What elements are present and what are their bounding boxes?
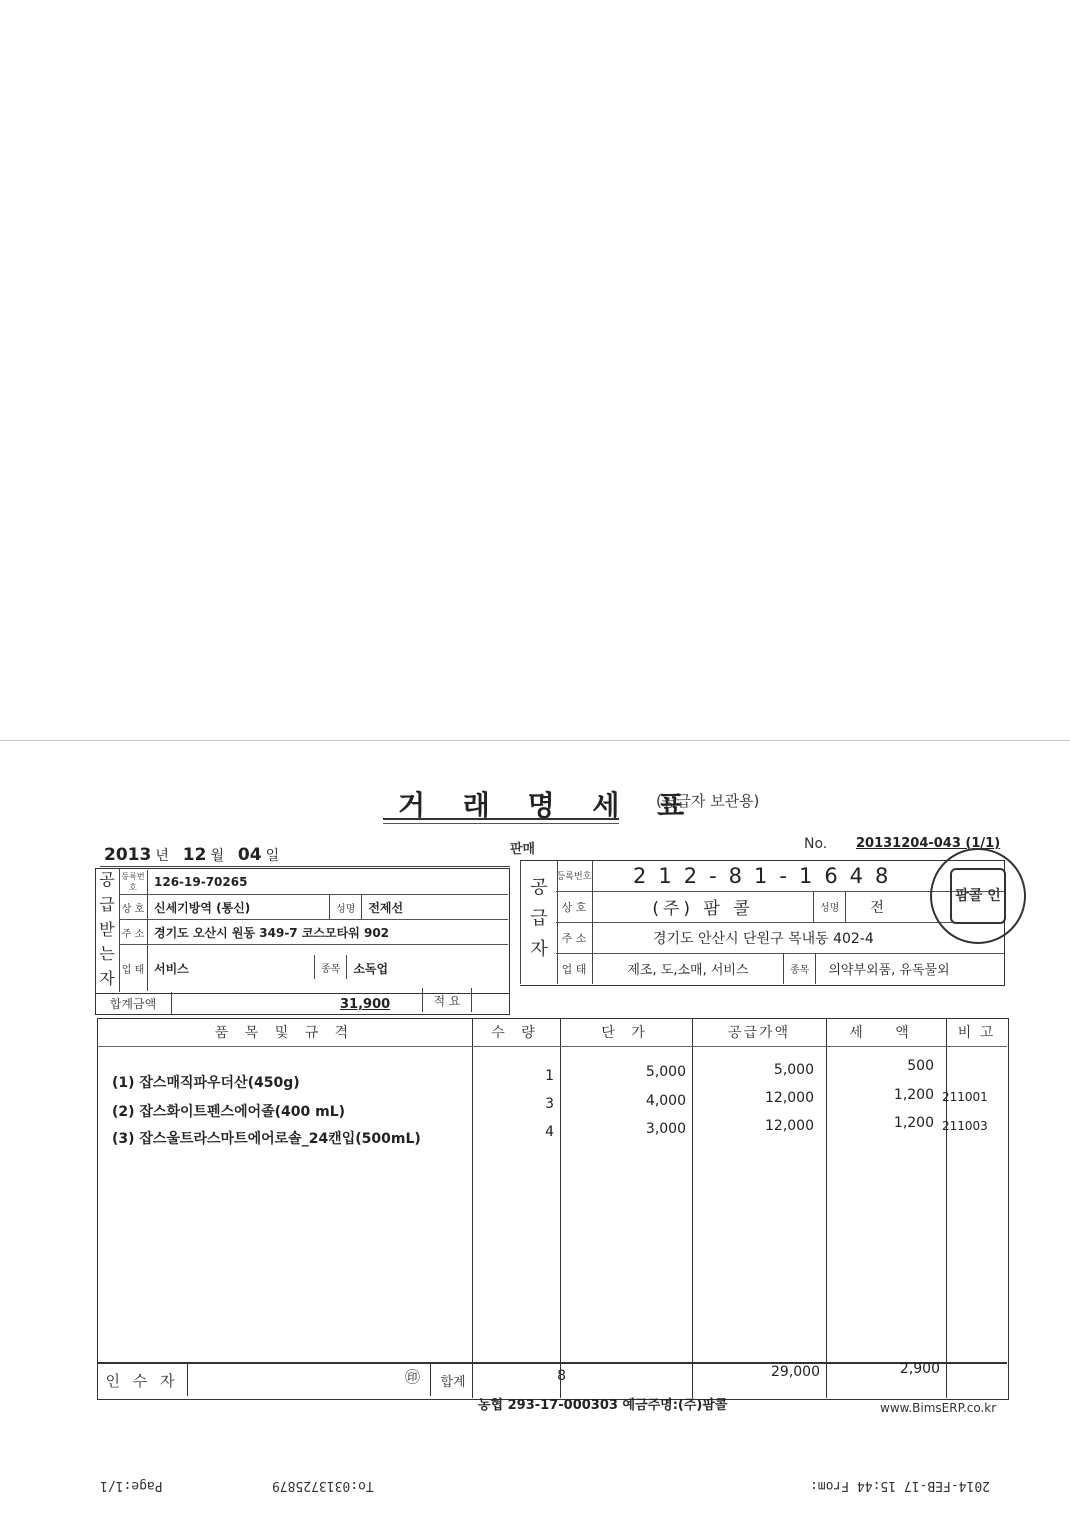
remark-label: 적 요 bbox=[422, 988, 472, 1012]
tax-total: 2,900 bbox=[826, 1361, 940, 1377]
seal-mark-icon: ㊞ bbox=[405, 1366, 420, 1387]
recipient-business-item-label: 종목 bbox=[314, 955, 347, 979]
date-day-unit: 일 bbox=[266, 848, 280, 864]
supplier-address: 경기도 안산시 단원구 목내동 402-4 bbox=[653, 928, 874, 948]
table-row-qty: 1 bbox=[472, 1068, 554, 1084]
table-row-tax: 500 bbox=[826, 1058, 934, 1074]
fax-fold-line bbox=[0, 740, 1070, 741]
recipient-business-item: 소독업 bbox=[353, 960, 388, 977]
recipient-address-row: 주 소 경기도 오산시 원동 349-7 코스모타워 902 bbox=[119, 920, 508, 945]
header-qty: 수 량 bbox=[472, 1022, 560, 1042]
recipient-reg-label: 등록번호 bbox=[119, 870, 148, 894]
date-year: 2013 bbox=[104, 845, 151, 865]
total-amount-value: 31,900 bbox=[340, 997, 390, 1012]
supplier-business-item-label: 종목 bbox=[783, 953, 816, 984]
supplier-header-char: 자 bbox=[521, 934, 557, 965]
supplier-reg-label: 등록번호 bbox=[556, 860, 593, 891]
total-amount-label: 합계금액 bbox=[95, 992, 172, 1014]
recipient-header-char: 공 bbox=[95, 868, 119, 893]
header-unit-price: 단 가 bbox=[560, 1022, 692, 1042]
fax-from: 2014-FEB-17 15:44 From: bbox=[810, 1478, 990, 1493]
supplier-business-type-label: 업 태 bbox=[556, 953, 593, 984]
supplier-business-type: 제조, 도,소매, 서비스 bbox=[593, 959, 783, 978]
table-row-unit-price: 4,000 bbox=[560, 1093, 686, 1109]
number-label: No. bbox=[804, 836, 827, 852]
issue-date: 2013년 12월 04일 bbox=[104, 845, 287, 865]
recipient-business-type-label: 업 태 bbox=[119, 945, 148, 991]
supplier-reg-no: 212-81-1648 bbox=[633, 864, 900, 888]
date-underline bbox=[100, 866, 510, 867]
bank-info: 농협 293-17-000303 예금주명:(주)팜콜 bbox=[478, 1394, 727, 1413]
supply-total: 29,000 bbox=[692, 1364, 820, 1380]
sum-label: 합계 bbox=[430, 1364, 475, 1396]
col-divider bbox=[946, 1018, 947, 1398]
recipient-reg-row: 등록번호 126-19-70265 bbox=[119, 870, 508, 895]
title-underline-2 bbox=[383, 823, 619, 824]
copy-type-label: (공급자 보관용) bbox=[656, 790, 759, 811]
qty-total: 8 bbox=[472, 1368, 566, 1384]
supplier-name: 전 bbox=[870, 897, 884, 917]
recipient-header: 공 급 받 는 자 bbox=[95, 868, 120, 992]
supplier-company-label: 상 호 bbox=[556, 891, 593, 922]
recipient-header-char: 자 bbox=[95, 967, 119, 992]
table-row-item: (1) 잡스매직파우더산(450g) bbox=[112, 1072, 300, 1092]
table-row-unit-price: 5,000 bbox=[560, 1064, 686, 1080]
supplier-name-label: 성명 bbox=[813, 891, 846, 922]
recipient-name: 전제선 bbox=[368, 899, 403, 916]
company-seal-inner: 팜콜 인 bbox=[950, 868, 1006, 924]
recipient-reg-no: 126-19-70265 bbox=[154, 875, 247, 889]
supplier-business-item: 의약부외품, 유독물외 bbox=[828, 959, 949, 978]
recipient-business-row: 업 태 서비스 종목 소독업 bbox=[119, 945, 508, 991]
date-year-unit: 년 bbox=[155, 848, 169, 864]
fax-to: To:0313725879 bbox=[272, 1478, 374, 1493]
header-supply-amount: 공급가액 bbox=[692, 1022, 826, 1042]
website-text: www.BimsERP.co.kr bbox=[880, 1401, 996, 1415]
recipient-name-label: 성명 bbox=[329, 895, 362, 919]
header-note: 비 고 bbox=[946, 1022, 1007, 1042]
date-month-unit: 월 bbox=[210, 848, 224, 864]
table-row-note: 211001 bbox=[942, 1090, 988, 1104]
supplier-header-char: 급 bbox=[521, 903, 557, 934]
table-row-item: (3) 잡스울트라스마트에어로솔_24캔입(500mL) bbox=[112, 1128, 421, 1148]
table-row-item: (2) 잡스화이트펜스에어졸(400 mL) bbox=[112, 1101, 345, 1121]
supplier-address-row: 주 소 경기도 안산시 단원구 목내동 402-4 bbox=[556, 922, 1004, 954]
table-row-qty: 3 bbox=[472, 1096, 554, 1112]
col-divider bbox=[826, 1018, 827, 1398]
date-month: 12 bbox=[183, 845, 207, 865]
supplier-business-row: 업 태 제조, 도,소매, 서비스 종목 의약부외품, 유독물외 bbox=[556, 953, 1004, 984]
title-underline bbox=[383, 818, 619, 820]
supplier-header: 공 급 자 bbox=[520, 860, 558, 984]
supplier-address-label: 주 소 bbox=[556, 922, 593, 953]
table-row-note: 211003 bbox=[942, 1119, 988, 1133]
recipient-header-char: 받 bbox=[95, 918, 119, 943]
supplier-company: (주) 팜 콜 bbox=[593, 894, 813, 919]
table-row-qty: 4 bbox=[472, 1124, 554, 1140]
recipient-company: 신세기방역 (통신) bbox=[154, 899, 329, 916]
table-row-unit-price: 3,000 bbox=[560, 1121, 686, 1137]
table-row-tax: 1,200 bbox=[826, 1087, 934, 1103]
recipient-header-char: 급 bbox=[95, 893, 119, 918]
recipient-address-label: 주 소 bbox=[119, 920, 148, 944]
table-header-divider bbox=[97, 1046, 1007, 1047]
recipient-business-type: 서비스 bbox=[154, 960, 314, 977]
header-tax: 세 액 bbox=[826, 1022, 946, 1042]
table-row-supply: 12,000 bbox=[692, 1090, 814, 1106]
supplier-header-char: 공 bbox=[521, 872, 557, 903]
header-item: 품 목 및 규 격 bbox=[97, 1022, 472, 1042]
recipient-company-label: 상 호 bbox=[119, 895, 148, 919]
recipient-address: 경기도 오산시 원동 349-7 코스모타워 902 bbox=[154, 924, 389, 941]
date-day: 04 bbox=[238, 845, 262, 865]
table-row-tax: 1,200 bbox=[826, 1115, 934, 1131]
fax-page: Page:1/1 bbox=[100, 1478, 163, 1493]
table-row-supply: 12,000 bbox=[692, 1118, 814, 1134]
recipient-header-char: 는 bbox=[95, 942, 119, 967]
transaction-type: 판매 bbox=[510, 838, 535, 857]
table-row-supply: 5,000 bbox=[692, 1062, 814, 1078]
receiver-label: 인 수 자 bbox=[97, 1364, 188, 1396]
recipient-company-row: 상 호 신세기방역 (통신) 성명 전제선 bbox=[119, 895, 508, 920]
